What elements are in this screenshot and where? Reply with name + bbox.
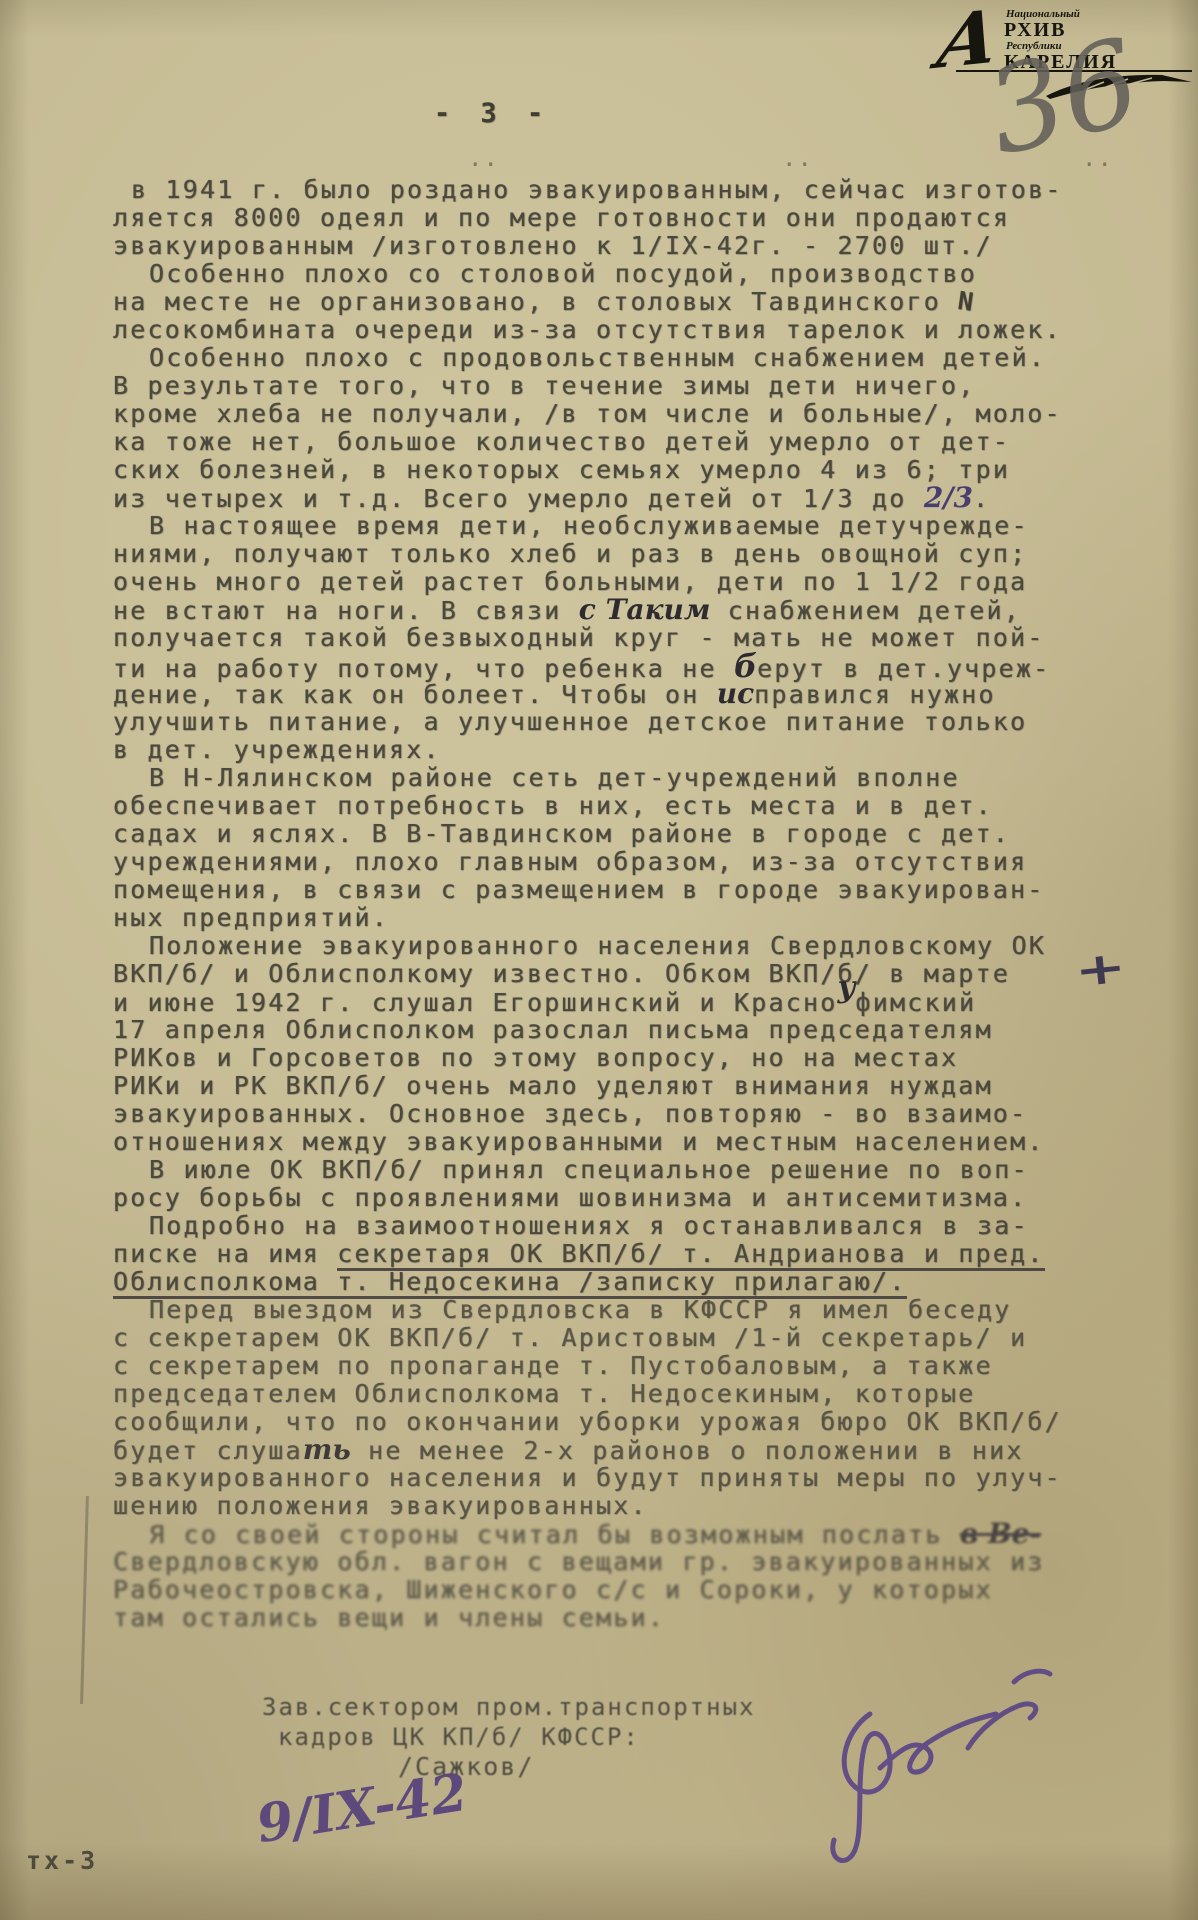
smudge-mark: .. — [782, 144, 813, 172]
typed-line: Я со своей стороны считал бы возможным п… — [113, 1520, 1153, 1548]
typed-segment: на месте не организовано, в столовых Тав… — [113, 287, 958, 316]
typed-line: отношениях между эвакуированными и местн… — [113, 1128, 1153, 1156]
handwritten-correction: ть — [303, 1433, 351, 1466]
typed-line: председателем Облисполкома т. Недосекины… — [113, 1380, 1153, 1408]
typed-segment: . — [973, 484, 990, 513]
typed-line: с секретарем ОК ВКП/б/ т. Аристовым /1-й… — [113, 1324, 1153, 1352]
margin-pencil-line — [80, 1496, 89, 1704]
typed-segment: фимский — [856, 988, 977, 1017]
struck-out-text: в Ве- — [960, 1517, 1041, 1550]
typed-line: эвакуированного населения и будут принят… — [113, 1464, 1153, 1492]
typed-line: и июне 1942 г. слушал Егоршинский и Крас… — [113, 988, 1153, 1016]
typed-line: учреждениями, плохо главным образом, из-… — [113, 848, 1153, 876]
smudge-mark: .. — [1082, 144, 1113, 172]
typed-line: ляется 8000 одеял и по мере готовности о… — [113, 204, 1153, 232]
typed-line: Рабочеостровска, Шиженского с/с и Сороки… — [113, 1576, 1153, 1604]
typed-segment: снабжением детей, — [711, 596, 1022, 625]
typed-line: там остались вещи и члены семьи. — [113, 1604, 1153, 1632]
typed-line: В настоящее время дети, необслуживаемые … — [113, 512, 1153, 540]
typed-line: сообщили, что по окончании уборки урожая… — [113, 1408, 1153, 1436]
typed-line: эвакуированных. Основное здесь, повторяю… — [113, 1100, 1153, 1128]
typed-line: писке на имя секретаря ОК ВКП/б/ т. Андр… — [113, 1240, 1153, 1268]
typed-line: с секретарем по пропаганде т. Пустобалов… — [113, 1352, 1153, 1380]
page-number: - 3 - — [432, 98, 552, 129]
signature-name-typed: /Сажков/ — [262, 1752, 755, 1782]
typed-line: Положение эвакуированного населения Свер… — [113, 932, 1153, 960]
typed-line: ских болезней, в некоторых семьях умерло… — [113, 456, 1153, 484]
typed-line: ка тоже нет, большое количество детей ум… — [113, 428, 1153, 456]
typed-line: лесокомбината очереди из-за отсутствия т… — [113, 316, 1153, 344]
typed-line: кроме хлеба не получали, /в том числе и … — [113, 400, 1153, 428]
typed-segment: не менее 2-х районов о положении в них — [351, 1436, 1024, 1465]
typed-line: Облисполкома т. Недосекина /записку прил… — [113, 1268, 1153, 1296]
document-scan: А Национальный РХИВ Республики КАРЕЛИЯ 3… — [0, 0, 1198, 1920]
typed-line: очень много детей растет больными, дети … — [113, 568, 1153, 596]
smudge-mark: .. — [468, 144, 499, 172]
typed-line: в дет. учреждениях. — [113, 736, 1153, 764]
typed-line: помещения, в связи с размещением в город… — [113, 876, 1153, 904]
handwritten-correction: 2/3 — [924, 481, 973, 514]
typed-line: В Н-Лялинском районе сеть дет-учреждений… — [113, 764, 1153, 792]
typed-line: дение, так как он болеет. Чтобы он испра… — [113, 680, 1153, 708]
typed-segment: дение, так как он болеет. Чтобы он — [113, 680, 717, 709]
typed-line: будет слушать не менее 2-х районов о пол… — [113, 1436, 1153, 1464]
typed-segment: правился нужно — [754, 680, 996, 709]
handwritten-insertion: с Таким — [579, 593, 711, 626]
typed-segment: писке на имя — [113, 1239, 337, 1268]
signature-title-line: кадров ЦК КП/б/ КФССР: — [262, 1722, 755, 1752]
typed-line: на месте не организовано, в столовых Тав… — [113, 288, 1153, 316]
typed-line: Особенно плохо со столовой посудой, прои… — [113, 260, 1153, 288]
typed-line: Свердловскую обл. вагон с вещами гр. эва… — [113, 1548, 1153, 1576]
typed-line: эвакуированным /изготовлено к 1/IX-42г. … — [113, 232, 1153, 260]
typed-line: ВКП/б/ и Облисполкому известно. Обком ВК… — [113, 960, 1153, 988]
typed-segment: не встают на ноги. В связи — [113, 596, 579, 625]
typed-line: ниями, получают только хлеб и раз в день… — [113, 540, 1153, 568]
typed-segment: будет слуша — [113, 1436, 303, 1465]
typed-segment: ти на работу потому, что ребенка не — [113, 654, 734, 683]
signature-title-line: Зав.сектором пром.транспортных — [262, 1692, 755, 1722]
file-code: тх-3 — [26, 1846, 98, 1875]
typed-line: РИКов и Горсоветов по этому вопросу, но … — [113, 1044, 1153, 1072]
typed-line: 17 апреля Облисполком разослал письма пр… — [113, 1016, 1153, 1044]
handwritten-correction: ис — [717, 677, 754, 710]
margin-insertion-mark: + — [1072, 941, 1129, 997]
typed-line: В результате того, что в течение зимы де… — [113, 372, 1153, 400]
handwritten-correction: у — [838, 970, 856, 1005]
typed-segment: ерут в дет.учреж- — [757, 654, 1050, 683]
typed-line: в 1941 г. было роздано эвакуированным, с… — [113, 176, 1153, 204]
typed-line: садах и яслях. В В-Тавдинском районе в г… — [113, 820, 1153, 848]
typed-line: получается такой безвыходный круг - мать… — [113, 624, 1153, 652]
typed-line: Особенно плохо с продовольственным снабж… — [113, 344, 1153, 372]
typed-line: ти на работу потому, что ребенка не беру… — [113, 652, 1153, 680]
signature-handwritten — [818, 1656, 1068, 1876]
typed-line: улучшить питание, а улучшенное детское п… — [113, 708, 1153, 736]
typed-line: Перед выездом из Свердловска в КФССР я и… — [113, 1296, 1153, 1324]
typed-line: росу борьбы с проявлениями шовинизма и а… — [113, 1184, 1153, 1212]
typed-line: обеспечивает потребность в них, есть мес… — [113, 792, 1153, 820]
typed-line: Подробно на взаимоотношениях я останавли… — [113, 1212, 1153, 1240]
typed-line: В июле ОК ВКП/б/ принял специальное реше… — [113, 1156, 1153, 1184]
typed-segment: Я со своей стороны считал бы возможным п… — [149, 1520, 960, 1549]
typed-segment: из четырех и т.д. Всего умерло детей от … — [113, 484, 924, 513]
typed-line: шению положения эвакуированных. — [113, 1492, 1153, 1520]
overstrike-mark: N — [956, 287, 977, 317]
typed-line: РИКи и РК ВКП/б/ очень мало уделяют вним… — [113, 1072, 1153, 1100]
signature-block: Зав.сектором пром.транспортных кадров ЦК… — [262, 1692, 755, 1782]
typed-segment: и июне 1942 г. слушал Егоршинский и Крас… — [113, 988, 838, 1017]
typed-line: из четырех и т.д. Всего умерло детей от … — [113, 484, 1153, 512]
document-body: в 1941 г. было роздано эвакуированным, с… — [113, 176, 1153, 1632]
typed-line: не встают на ноги. В связи с Таким снабж… — [113, 596, 1153, 624]
typed-line: ных предприятий. — [113, 904, 1153, 932]
